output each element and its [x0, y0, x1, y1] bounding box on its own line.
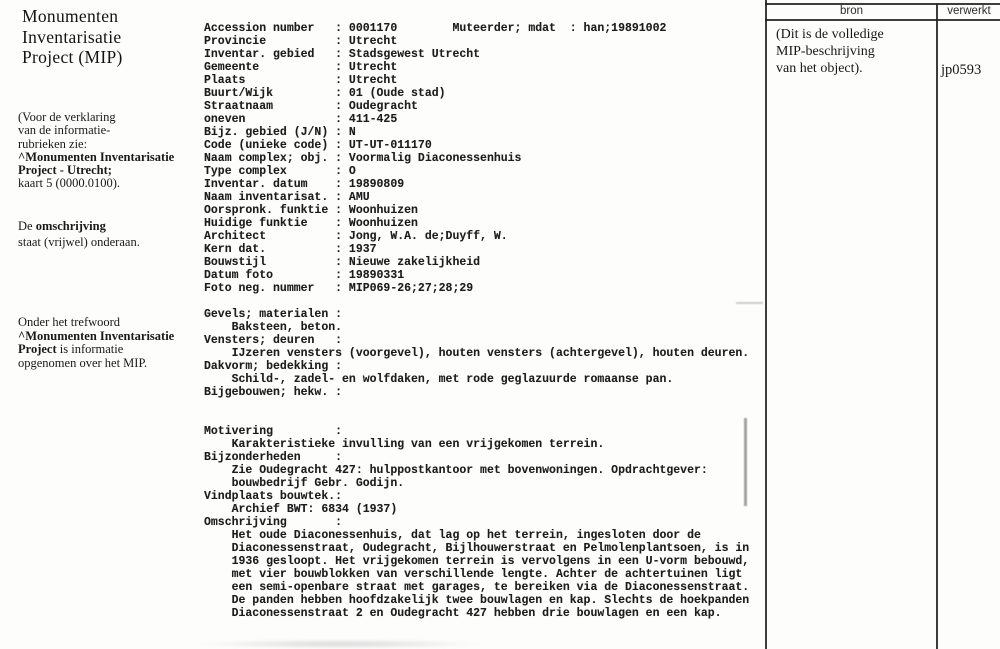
record-line: Naam inventarisat. : AMU	[204, 191, 779, 204]
note-line: Onder het trefwoord	[18, 316, 174, 330]
record-line	[204, 295, 779, 308]
record-line: Inventar. datum : 19890809	[204, 178, 779, 191]
record-field-block: Accession number : 0001170 Muteerder; md…	[204, 22, 779, 620]
verwerkt-code: jp0593	[941, 62, 981, 79]
record-line: Karakteristieke invulling van een vrijge…	[204, 438, 779, 451]
note-line-bold: ^Monumenten Inventarisatie	[18, 330, 174, 344]
record-line: Vindplaats bouwtek.:	[204, 490, 779, 503]
page-title: Monumenten Inventarisatie Project (MIP)	[22, 6, 123, 68]
record-line: Huidige funktie : Woonhuizen	[204, 217, 779, 230]
note-line: rubrieken zie:	[18, 138, 174, 151]
panel-column-divider-rule	[936, 4, 938, 649]
record-line: Baksteen, beton.	[204, 321, 779, 334]
record-line: Buurt/Wijk : 01 (Oude stad)	[204, 87, 779, 100]
note-line: opgenomen over het MIP.	[18, 357, 174, 371]
record-line: Dakvorm; bedekking :	[204, 360, 779, 373]
record-line: De panden hebben hoofdzakelijk twee bouw…	[204, 594, 779, 607]
note-line-bold: Project - Utrecht;	[18, 164, 174, 177]
record-line: Schild-, zadel- en wolfdaken, met rode g…	[204, 373, 779, 386]
record-line: IJzeren vensters (voorgevel), houten ven…	[204, 347, 779, 360]
record-line: een semi-openbare straat met garages, te…	[204, 581, 779, 594]
note-line: kaart 5 (0000.0100).	[18, 177, 174, 190]
record-line: oneven : 411-425	[204, 113, 779, 126]
record-line: Motivering :	[204, 425, 779, 438]
record-line: Diaconessenstraat 2 en Oudegracht 427 he…	[204, 607, 779, 620]
panel-left-rule	[765, 0, 767, 649]
note-text: De	[18, 219, 36, 233]
sidebar-note-trefwoord: Onder het trefwoord ^Monumenten Inventar…	[18, 316, 174, 370]
note-line-bold: ^Monumenten Inventarisatie	[18, 151, 174, 164]
bron-note: (Dit is de volledige MIP-beschrijving va…	[776, 26, 931, 77]
record-line: Datum foto : 19890331	[204, 269, 779, 282]
record-line: Bouwstijl : Nieuwe zakelijkheid	[204, 256, 779, 269]
sidebar-note-omschrijving: De omschrijving staat (vrijwel) onderaan…	[18, 219, 140, 250]
record-line: Architect : Jong, W.A. de;Duyff, W.	[204, 230, 779, 243]
record-line: Provincie : Utrecht	[204, 35, 779, 48]
record-line: Naam complex; obj. : Voormalig Diaconess…	[204, 152, 779, 165]
sidebar-note-reference: (Voor de verklaring van de informatie- r…	[18, 111, 174, 191]
record-line: Omschrijving :	[204, 516, 779, 529]
record-line: Gemeente : Utrecht	[204, 61, 779, 74]
record-line: Accession number : 0001170 Muteerder; md…	[204, 22, 779, 35]
panel-header-underline-rule	[765, 19, 1000, 21]
note-text-bold: Project	[18, 342, 57, 356]
note-line: (Voor de verklaring	[18, 111, 174, 124]
column-header-bron: bron	[767, 4, 936, 19]
note-text-bold: omschrijving	[36, 219, 106, 233]
record-line: Het oude Diaconessenhuis, dat lag op het…	[204, 529, 779, 542]
scan-smudge-artifact	[195, 639, 485, 649]
record-line: Type complex : O	[204, 165, 779, 178]
record-line: Gevels; materialen :	[204, 308, 779, 321]
record-line: met vier bouwblokken van verschillende l…	[204, 568, 779, 581]
record-line: 1936 gesloopt. Het vrijgekomen terrein i…	[204, 555, 779, 568]
record-line: Code (unieke code) : UT-UT-011170	[204, 139, 779, 152]
record-line	[204, 399, 779, 412]
record-line: Vensters; deuren :	[204, 334, 779, 347]
note-text: is informatie	[57, 342, 124, 356]
note-line: De omschrijving	[18, 219, 140, 235]
record-line: Oorspronk. funktie : Woonhuizen	[204, 204, 779, 217]
note-line: staat (vrijwel) onderaan.	[18, 235, 140, 251]
record-line: Bijz. gebied (J/N) : N	[204, 126, 779, 139]
note-line: van de informatie-	[18, 124, 174, 137]
scanned-mip-document: Monumenten Inventarisatie Project (MIP) …	[0, 0, 1000, 649]
record-line: Archief BWT: 6834 (1937)	[204, 503, 779, 516]
record-line: Bijgebouwen; hekw. :	[204, 386, 779, 399]
record-line: Foto neg. nummer : MIP069-26;27;28;29	[204, 282, 779, 295]
record-line: Plaats : Utrecht	[204, 74, 779, 87]
record-line: Bijzonderheden :	[204, 451, 779, 464]
record-line: Kern dat. : 1937	[204, 243, 779, 256]
record-line: Diaconessenstraat, Oudegracht, Bijlhouwe…	[204, 542, 779, 555]
record-line: Inventar. gebied : Stadsgewest Utrecht	[204, 48, 779, 61]
record-line: bouwbedrijf Gebr. Godijn.	[204, 477, 779, 490]
record-line: Straatnaam : Oudegracht	[204, 100, 779, 113]
note-line: Project is informatie	[18, 343, 174, 357]
column-header-verwerkt: verwerkt	[938, 4, 1000, 19]
record-line	[204, 412, 779, 425]
record-line: Zie Oudegracht 427: hulppostkantoor met …	[204, 464, 779, 477]
